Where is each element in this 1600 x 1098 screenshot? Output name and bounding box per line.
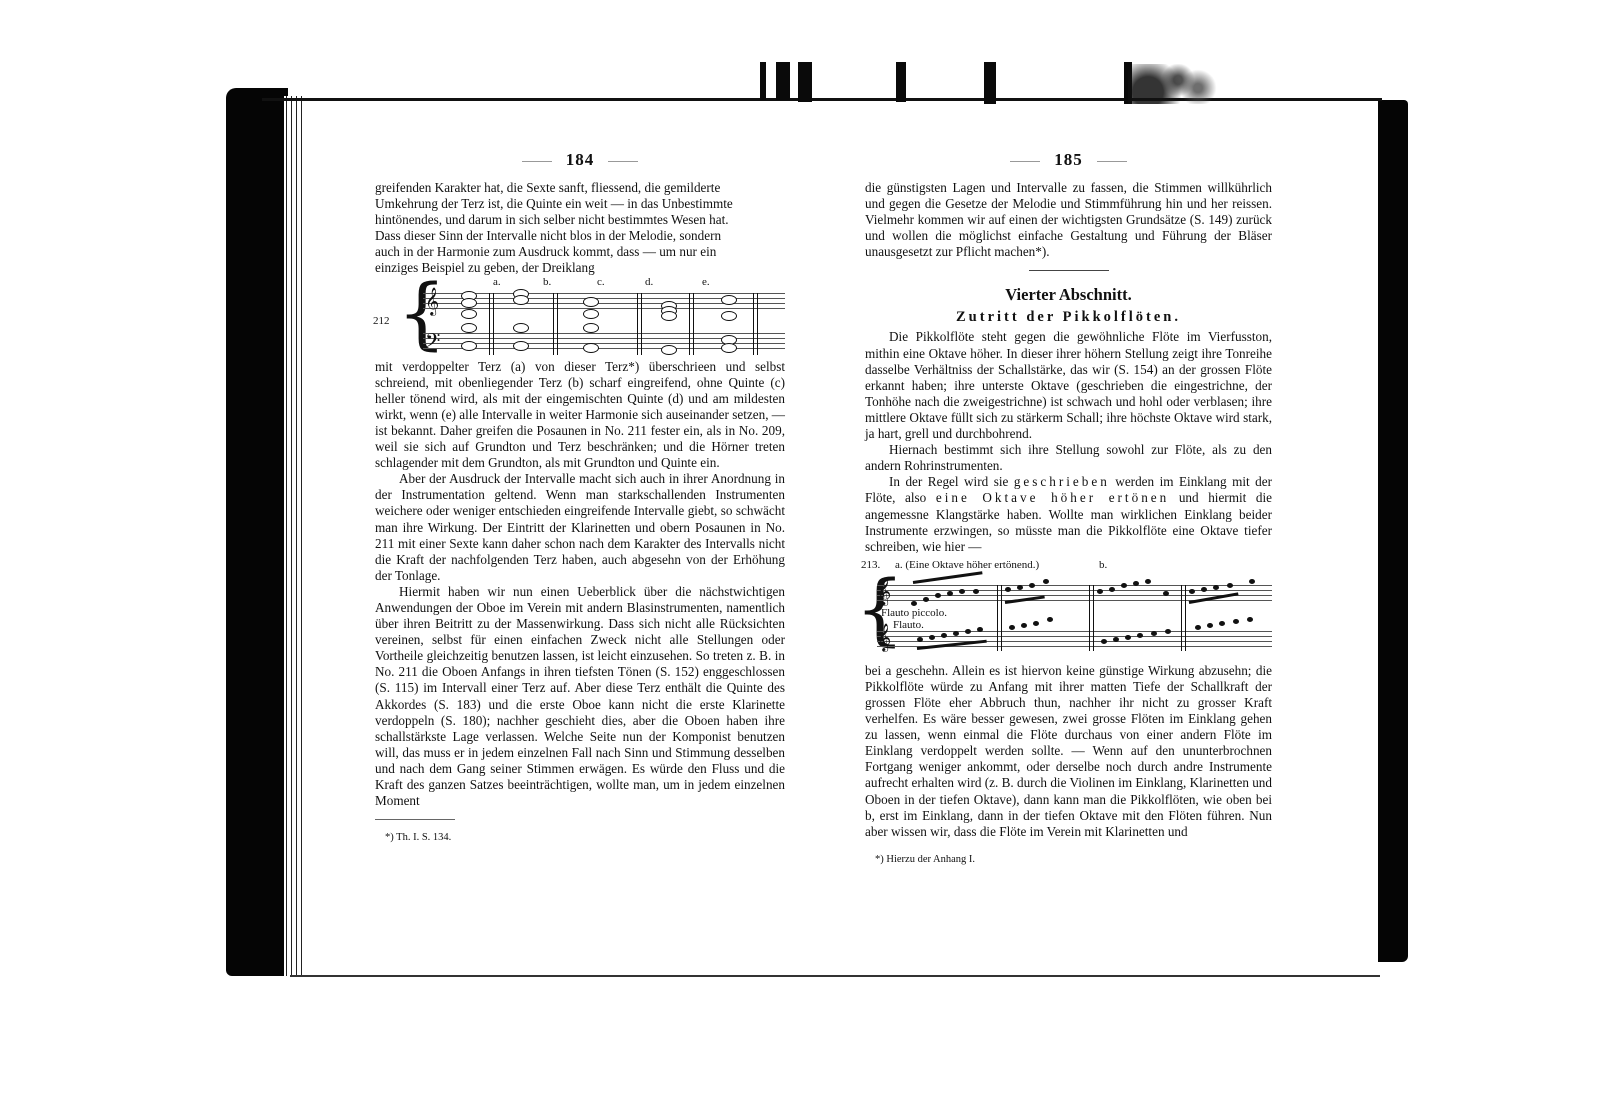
left-page: 184 greifenden Karakter hat, die Sexte s…: [375, 150, 785, 843]
note: [721, 311, 737, 321]
book-cover-left: [226, 88, 288, 976]
example-label-c: c.: [597, 276, 605, 288]
page-number-text: 185: [1054, 150, 1083, 169]
text-line: hintönendes, und darum in sich selber ni…: [375, 212, 785, 228]
instrument-label-piccolo: Flauto piccolo.: [881, 607, 947, 619]
note: [1021, 623, 1027, 628]
footnote: *) Th. I. S. 134.: [375, 832, 785, 843]
note: [1201, 587, 1207, 592]
music-example-213: 213. a. (Eine Oktave höher ertönend.) b.…: [865, 557, 1272, 661]
music-example-212: 212 { a. b. c. d. e. 𝄞 𝄢: [375, 279, 785, 357]
note: [1029, 583, 1035, 588]
emphasis: geschrieben: [1014, 474, 1110, 489]
note: [461, 341, 477, 351]
note: [1113, 637, 1119, 642]
note: [1165, 629, 1171, 634]
paragraph: Hiermit haben wir nun einen Ueberblick ü…: [375, 584, 785, 809]
note: [1145, 579, 1151, 584]
note: [721, 343, 737, 353]
note: [1151, 631, 1157, 636]
example-label-b: b.: [1099, 559, 1107, 571]
treble-clef-icon: 𝄞: [877, 623, 891, 651]
note: [461, 298, 477, 308]
section-title: Vierter Abschnitt.: [865, 285, 1272, 305]
note: [917, 637, 923, 642]
note: [513, 341, 529, 351]
note: [583, 297, 599, 307]
note: [1125, 635, 1131, 640]
note: [1137, 633, 1143, 638]
paragraph: In der Regel wird sie geschrieben werden…: [865, 474, 1272, 554]
left-page-text-cont: mit verdoppelter Terz (a) von dieser Ter…: [375, 359, 785, 810]
note: [1043, 579, 1049, 584]
note: [721, 295, 737, 305]
footnote: *) Hierzu der Anhang I.: [865, 854, 1272, 865]
note: [661, 311, 677, 321]
note: [1227, 583, 1233, 588]
paragraph: die günstigsten Lagen und Intervalle zu …: [865, 180, 1272, 260]
instrument-label-flute: Flauto.: [893, 619, 924, 631]
example-label-d: d.: [645, 276, 653, 288]
note: [583, 323, 599, 333]
bass-clef-icon: 𝄢: [425, 329, 440, 357]
example-label-b: b.: [543, 276, 551, 288]
text-line: auch in der Harmonie zum Ausdruck kommt,…: [375, 244, 785, 260]
note: [1163, 591, 1169, 596]
paragraph: Die Pikkolflöte steht gegen die gewöhnli…: [865, 329, 1272, 442]
barline: [553, 293, 558, 355]
grand-staff: 𝄞 𝄞 Flauto piccolo. Flauto.: [877, 573, 1272, 661]
page-edges: [284, 96, 304, 976]
note: [935, 593, 941, 598]
section-rule: [1029, 270, 1109, 271]
note: [1195, 625, 1201, 630]
note: [1121, 583, 1127, 588]
note: [1033, 621, 1039, 626]
note: [973, 589, 979, 594]
note: [1189, 589, 1195, 594]
note: [941, 633, 947, 638]
note: [1247, 617, 1253, 622]
text-line: Dass dieser Sinn der Intervalle nicht bl…: [375, 228, 785, 244]
barline: [489, 293, 494, 355]
text-run: In der Regel wird sie: [889, 474, 1014, 489]
barline: [997, 585, 1002, 651]
book-cover-right: [1378, 100, 1408, 962]
emphasis: eine Oktave höher ertönen: [936, 490, 1169, 505]
text-line: Umkehrung der Terz ist, die Quinte ein w…: [375, 196, 785, 212]
example-number: 212: [373, 315, 390, 327]
note: [661, 345, 677, 355]
note: [959, 589, 965, 594]
note: [911, 601, 917, 606]
right-page-text: die günstigsten Lagen und Intervalle zu …: [865, 180, 1272, 260]
page-number-text: 184: [566, 150, 595, 169]
grand-staff: 𝄞 𝄢: [423, 289, 785, 357]
paragraph: Hiernach bestimmt sich ihre Stellung sow…: [865, 442, 1272, 474]
barline: [689, 293, 694, 355]
footnote-rule: [375, 819, 455, 820]
barline: [753, 293, 758, 355]
note: [513, 295, 529, 305]
right-page-text-end: bei a geschehn. Allein es ist hiervon ke…: [865, 663, 1272, 840]
right-page-text-cont: Die Pikkolflöte steht gegen die gewöhnli…: [865, 329, 1272, 554]
barline: [1089, 585, 1094, 651]
note: [1017, 585, 1023, 590]
note: [1109, 587, 1115, 592]
text-line: greifenden Karakter hat, die Sexte sanft…: [375, 180, 785, 196]
note: [461, 323, 477, 333]
note: [1213, 585, 1219, 590]
page-number-left: 184: [375, 150, 785, 180]
example-label-a: a.: [493, 276, 501, 288]
note: [923, 597, 929, 602]
scan-speckle: [1128, 64, 1228, 104]
note: [1047, 617, 1053, 622]
section-subtitle: Zutritt der Pikkolflöten.: [865, 309, 1272, 326]
note: [929, 635, 935, 640]
note: [513, 323, 529, 333]
barline: [637, 293, 642, 355]
book-bottom-edge: [290, 975, 1380, 977]
note: [965, 629, 971, 634]
note: [1097, 589, 1103, 594]
example-label-a: a. (Eine Oktave höher ertönend.): [895, 559, 1039, 571]
note: [1101, 639, 1107, 644]
treble-clef-icon: 𝄞: [425, 287, 439, 315]
note: [1133, 581, 1139, 586]
note: [947, 591, 953, 596]
barline: [1181, 585, 1186, 651]
note: [1207, 623, 1213, 628]
note: [1233, 619, 1239, 624]
note: [1249, 579, 1255, 584]
note: [1219, 621, 1225, 626]
paragraph: Aber der Ausdruck der Intervalle macht s…: [375, 471, 785, 584]
beam: [913, 571, 983, 584]
paragraph: bei a geschehn. Allein es ist hiervon ke…: [865, 663, 1272, 840]
note: [1005, 587, 1011, 592]
paragraph: mit verdoppelter Terz (a) von dieser Ter…: [375, 359, 785, 472]
note: [977, 627, 983, 632]
note: [583, 343, 599, 353]
example-label-e: e.: [702, 276, 710, 288]
note: [461, 309, 477, 319]
note: [1009, 625, 1015, 630]
right-page: 185 die günstigsten Lagen und Intervalle…: [865, 150, 1272, 865]
left-page-text: greifenden Karakter hat, die Sexte sanft…: [375, 180, 785, 277]
page-number-right: 185: [865, 150, 1272, 180]
note: [583, 309, 599, 319]
note: [953, 631, 959, 636]
treble-clef-icon: 𝄞: [877, 577, 891, 605]
